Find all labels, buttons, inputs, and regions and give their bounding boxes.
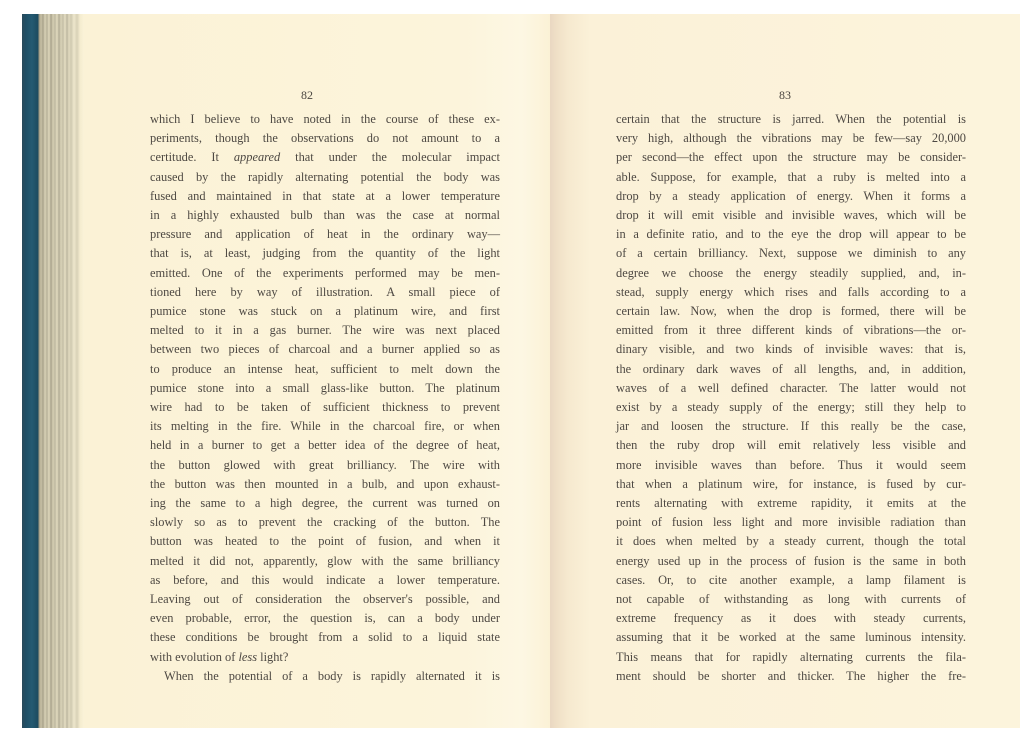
- text-line: ing the same to a high degree, the curre…: [150, 494, 500, 513]
- right-page-body: certain that the structure is jarred. Wh…: [616, 110, 966, 686]
- left-page: 82 which I believe to have noted in the …: [84, 14, 550, 728]
- text-line: drop it will emit visible and invisible …: [616, 206, 966, 225]
- left-page-body: which I believe to have noted in the cou…: [150, 110, 500, 686]
- text-line: When the potential of a body is rapidly …: [150, 667, 500, 686]
- text-line: the ordinary dark waves of all lengths, …: [616, 360, 966, 379]
- text-line: extreme frequency as it does with steady…: [616, 609, 966, 628]
- text-line: ment should be shorter and thicker. The …: [616, 667, 966, 686]
- text-line: its melting in the fire. While in the ch…: [150, 417, 500, 436]
- text-line: fused and maintained in that state at a …: [150, 187, 500, 206]
- text-line: which I believe to have noted in the cou…: [150, 110, 500, 129]
- text-line: pressure and application of heat in the …: [150, 225, 500, 244]
- text-line: button was heated to the point of fusion…: [150, 532, 500, 551]
- italic-emphasis: appeared: [234, 150, 280, 164]
- text-line: between two pieces of charcoal and a bur…: [150, 340, 500, 359]
- text-line: of a certain brilliancy. Next, suppose w…: [616, 244, 966, 263]
- text-line: degree we choose the energy steadily sup…: [616, 264, 966, 283]
- text-line: stead, supply energy which rises and fal…: [616, 283, 966, 302]
- text-line: then the ruby drop will emit relatively …: [616, 436, 966, 455]
- text-line: point of fusion less light and more invi…: [616, 513, 966, 532]
- text-line: cases. Or, to cite another example, a la…: [616, 571, 966, 590]
- open-book-spread: 82 which I believe to have noted in the …: [22, 14, 1020, 728]
- text-line: certain that the structure is jarred. Wh…: [616, 110, 966, 129]
- text-line: periments, though the observations do no…: [150, 129, 500, 148]
- text-line: the button was then mounted in a bulb, a…: [150, 475, 500, 494]
- text-line: emitted from it three different kinds of…: [616, 321, 966, 340]
- text-line: energy used up in the process of fusion …: [616, 552, 966, 571]
- right-page: 83 certain that the structure is jarred.…: [550, 14, 1020, 728]
- text-line: certitude. It appeared that under the mo…: [150, 148, 500, 167]
- text-line: melted to it in a gas burner. The wire w…: [150, 321, 500, 340]
- text-line: emitted. One of the experiments performe…: [150, 264, 500, 283]
- text-line: assuming that it be worked at the same l…: [616, 628, 966, 647]
- text-line: pumice stone was stuck on a platinum wir…: [150, 302, 500, 321]
- text-line: rents alternating with extreme rapidity,…: [616, 494, 966, 513]
- text-line: the button glowed with great brilliancy.…: [150, 456, 500, 475]
- text-line: jar and loosen the structure. If this re…: [616, 417, 966, 436]
- text-line: with evolution of less light?: [150, 648, 500, 667]
- text-line: slowly so as to prevent the cracking of …: [150, 513, 500, 532]
- text-line: in a highly exhausted bulb than was the …: [150, 206, 500, 225]
- text-line: pumice stone into a small glass-like but…: [150, 379, 500, 398]
- text-line: exist by a steady supply of the energy; …: [616, 398, 966, 417]
- text-line: very high, although the vibrations may b…: [616, 129, 966, 148]
- text-line: Leaving out of consideration the observe…: [150, 590, 500, 609]
- text-line: not capable of withstanding as long with…: [616, 590, 966, 609]
- text-line: as before, and this would indicate a low…: [150, 571, 500, 590]
- text-line: melted it did not, apparently, glow with…: [150, 552, 500, 571]
- page-number-right: 83: [550, 88, 1020, 103]
- text-line: certain law. Now, when the drop is forme…: [616, 302, 966, 321]
- text-line: able. Suppose, for example, that a ruby …: [616, 168, 966, 187]
- text-line: that is, at least, judging from the quan…: [150, 244, 500, 263]
- text-line: these conditions be brought from a solid…: [150, 628, 500, 647]
- text-line: wire had to be taken of sufficient thick…: [150, 398, 500, 417]
- book-fore-edge: [22, 14, 84, 728]
- text-line: This means that for rapidly alternating …: [616, 648, 966, 667]
- italic-emphasis: less: [238, 650, 257, 664]
- text-line: even probable, error, the question is, c…: [150, 609, 500, 628]
- text-line: that when a platinum wire, for instance,…: [616, 475, 966, 494]
- text-line: held in a burner to get a better idea of…: [150, 436, 500, 455]
- text-line: per second—the effect upon the structure…: [616, 148, 966, 167]
- page-number-left: 82: [84, 88, 550, 103]
- text-line: it does when melted by a steady current,…: [616, 532, 966, 551]
- text-line: to produce an intense heat, sufficient t…: [150, 360, 500, 379]
- text-line: more invisible waves than before. Thus i…: [616, 456, 966, 475]
- text-line: waves of a well defined character. The l…: [616, 379, 966, 398]
- text-line: in a definite ratio, and to the eye the …: [616, 225, 966, 244]
- text-line: drop by a steady application of energy. …: [616, 187, 966, 206]
- text-line: caused by the rapidly alternating potent…: [150, 168, 500, 187]
- text-line: dinary visible, and two kinds of invisib…: [616, 340, 966, 359]
- text-line: tioned here by way of illustration. A sm…: [150, 283, 500, 302]
